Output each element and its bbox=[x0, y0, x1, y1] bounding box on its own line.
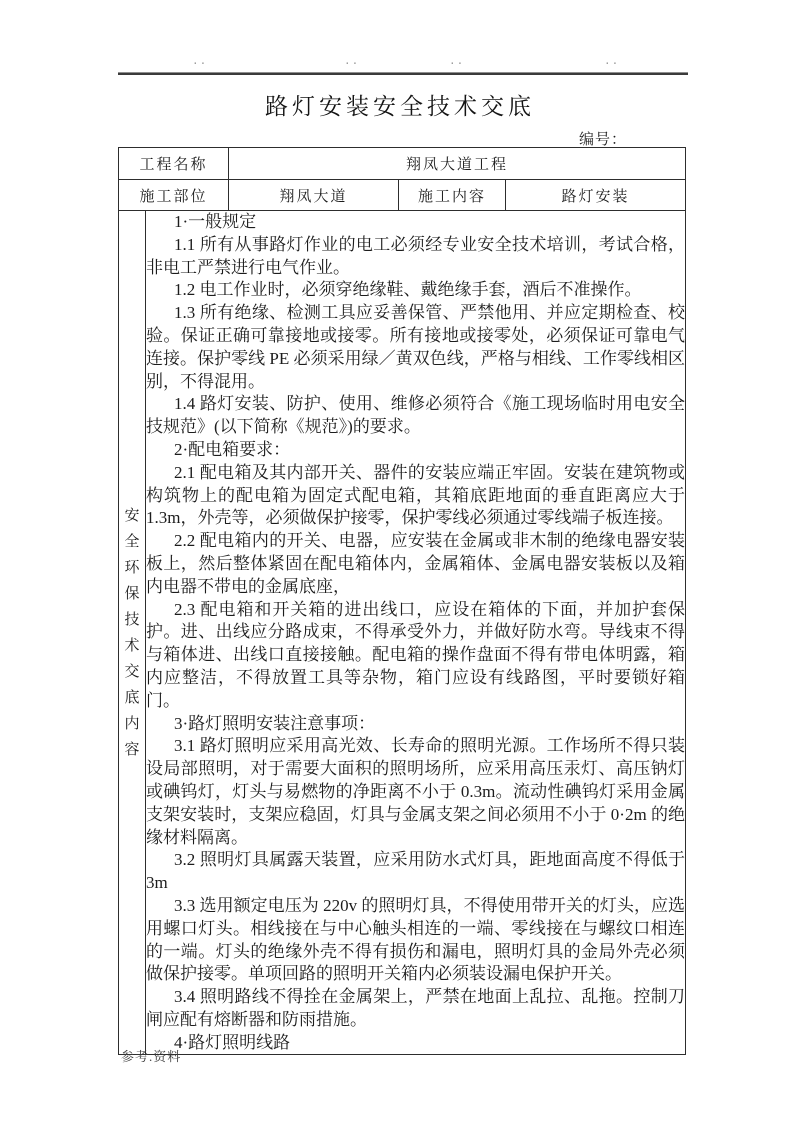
content-paragraph: 1·一般规定 bbox=[146, 211, 685, 234]
content-paragraph: 3.1 路灯照明应采用高光效、长寿命的照明光源。工作场所不得只装设局部照明，对于… bbox=[146, 735, 685, 849]
content-paragraph: 1.1 所有从事路灯作业的电工必须经专业安全技术培训，考试合格，非电工严禁进行电… bbox=[146, 234, 685, 280]
table-row-content: 安全环保技术交底内容 1·一般规定1.1 所有从事路灯作业的电工必须经专业安全技… bbox=[119, 211, 686, 1055]
side-vertical-label: 安全环保技术交底内容 bbox=[119, 211, 146, 1055]
content-paragraph: 3·路灯照明安装注意事项： bbox=[146, 713, 685, 736]
table-row-location: 施工部位 翔凤大道 施工内容 路灯安装 bbox=[119, 180, 686, 211]
content-paragraph: 2.3 配电箱和开关箱的进出线口，应设在箱体的下面，并加护套保护。进、出线应分路… bbox=[146, 599, 685, 713]
header-mark-icon: .. bbox=[344, 56, 359, 66]
table-row-project-name: 工程名称 翔凤大道工程 bbox=[119, 148, 686, 180]
construction-content-label: 施工内容 bbox=[399, 180, 506, 211]
header-mark-icon: .. bbox=[192, 56, 207, 66]
content-paragraph: 1.4 路灯安装、防护、使用、维修必须符合《施工现场临时用电安全技规范》(以下简… bbox=[146, 393, 685, 439]
footer-note: 参考.资料 bbox=[121, 1046, 181, 1065]
construction-part-label: 施工部位 bbox=[119, 180, 229, 211]
project-name-label: 工程名称 bbox=[119, 148, 229, 180]
header-mark-icon: .. bbox=[604, 56, 619, 66]
construction-content-value: 路灯安装 bbox=[506, 180, 686, 211]
document-number-label: 编号： bbox=[0, 128, 627, 149]
content-paragraph: 3.3 选用额定电压为 220v 的照明灯具，不得使用带开关的灯头，应选用螺口灯… bbox=[146, 895, 685, 986]
project-name-value: 翔凤大道工程 bbox=[229, 148, 686, 180]
document-page: .. .. .. .. 路灯安装安全技术交底 编号： 工程名称 翔凤大道工程 施… bbox=[0, 0, 800, 1132]
content-paragraph: 2.2 配电箱内的开关、电器，应安装在金属或非木制的绝缘电器安装板上，然后整体紧… bbox=[146, 530, 685, 598]
header-rule bbox=[118, 72, 688, 75]
document-title: 路灯安装安全技术交底 bbox=[0, 88, 800, 121]
content-paragraph: 2.1 配电箱及其内部开关、器件的安装应端正牢固。安装在建筑物或构筑物上的配电箱… bbox=[146, 462, 685, 530]
content-paragraph: 3.2 照明灯具属露天装置，应采用防水式灯具，距地面高度不得低于3m bbox=[146, 849, 685, 895]
content-paragraph: 3.4 照明路线不得拴在金属架上，严禁在地面上乱拉、乱拖。控制刀闸应配有熔断器和… bbox=[146, 986, 685, 1032]
disclosure-content-cell: 1·一般规定1.1 所有从事路灯作业的电工必须经专业安全技术培训，考试合格，非电… bbox=[146, 211, 686, 1055]
content-paragraph: 4·路灯照明线路 bbox=[146, 1032, 685, 1055]
header-mark-icon: .. bbox=[449, 56, 464, 66]
content-paragraph: 2·配电箱要求： bbox=[146, 439, 685, 462]
construction-part-value: 翔凤大道 bbox=[229, 180, 399, 211]
disclosure-table: 工程名称 翔凤大道工程 施工部位 翔凤大道 施工内容 路灯安装 安全环保技术交底… bbox=[118, 147, 686, 1055]
page-header: .. .. .. .. bbox=[0, 0, 800, 80]
content-paragraph: 1.3 所有绝缘、检测工具应妥善保管、严禁他用、并应定期检查、校验。保证正确可靠… bbox=[146, 302, 685, 393]
content-paragraph: 1.2 电工作业时，必须穿绝缘鞋、戴绝缘手套，酒后不准操作。 bbox=[146, 279, 685, 302]
